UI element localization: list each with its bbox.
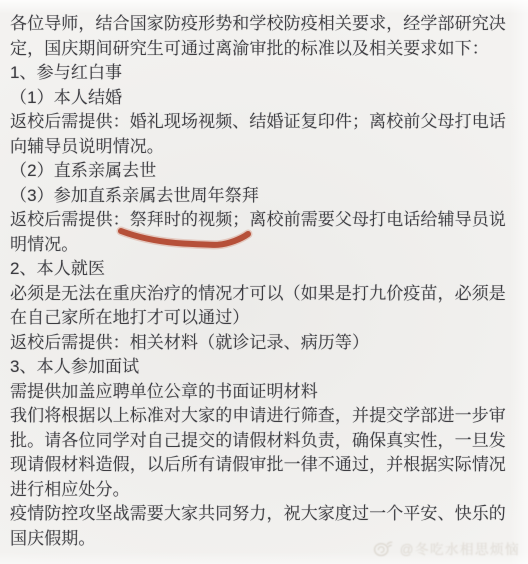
notice-paragraph: 我们将根据以上标准对大家的申请进行筛查，并提交学部进一步审批。请各位同学对自己提… bbox=[10, 404, 520, 502]
notice-paragraph: 返校后需提供：婚礼现场视频、结婚证复印件；离校前父母打电话向辅导员说明情况。 bbox=[10, 110, 520, 159]
highlighted-phrase: 祭拜时的视频； bbox=[130, 208, 250, 233]
weibo-logo-icon bbox=[373, 539, 395, 557]
notice-paragraph: 需提供加盖应聘单位公章的书面证明材料 bbox=[10, 380, 520, 405]
highlighted-phrase-text: 祭拜时的视频； bbox=[130, 210, 250, 229]
notice-paragraph-annotated: 返校后需提供：祭拜时的视频； 离校前需要父母打电话给辅导员说明情况。 bbox=[10, 208, 520, 257]
notice-paragraph: 返校后需提供：相关材料（就诊记录、病历等） bbox=[10, 331, 520, 356]
notice-paragraph: 必须是无法在重庆治疗的情况才可以（如果是打九价疫苗，必须是在自己家所在地打才可以… bbox=[10, 282, 520, 331]
weibo-watermark-text: @冬吃水相思烦恼 bbox=[400, 538, 520, 558]
phrase-prefix: 返校后需提供： bbox=[10, 210, 130, 229]
notice-paragraph: 2、本人就医 bbox=[10, 257, 520, 282]
notice-paragraph: （1）本人结婚 bbox=[10, 86, 520, 111]
weibo-watermark: @冬吃水相思烦恼 bbox=[373, 538, 520, 558]
notice-paragraph: 1、参与红白事 bbox=[10, 61, 520, 86]
notice-paragraph: 3、本人参加面试 bbox=[10, 355, 520, 380]
notice-photo: 各位导师，结合国家防疫形势和学校防疫相关要求，经学部研究决定，国庆期间研究生可通… bbox=[0, 0, 528, 564]
notice-paragraph: （2）直系亲属去世 bbox=[10, 159, 520, 184]
notice-paragraph: 各位导师，结合国家防疫形势和学校防疫相关要求，经学部研究决定，国庆期间研究生可通… bbox=[10, 12, 520, 61]
notice-body: 各位导师，结合国家防疫形势和学校防疫相关要求，经学部研究决定，国庆期间研究生可通… bbox=[10, 12, 520, 551]
notice-paragraph: （3）参加直系亲属去世周年祭拜 bbox=[10, 184, 520, 209]
